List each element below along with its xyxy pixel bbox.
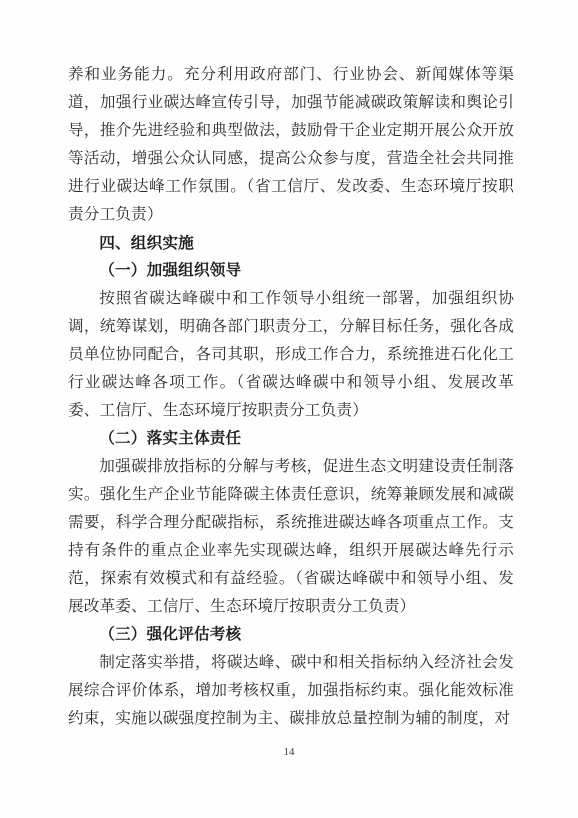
body-paragraph-publicity: 养和业务能力。充分利用政府部门、行业协会、新闻媒体等渠道，加强行业碳达峰宣传引导… bbox=[68, 61, 514, 229]
document-page: 养和业务能力。充分利用政府部门、行业协会、新闻媒体等渠道，加强行业碳达峰宣传引导… bbox=[0, 0, 578, 818]
section-heading-4-organization: 四、组织实施 bbox=[68, 229, 514, 257]
document-content: 养和业务能力。充分利用政府部门、行业协会、新闻媒体等渠道，加强行业碳达峰宣传引导… bbox=[68, 61, 514, 733]
body-paragraph-responsibility: 加强碳排放指标的分解与考核，促进生态文明建设责任制落实。强化生产企业节能降碳主体… bbox=[68, 453, 514, 621]
subsection-heading-2-responsibility: （二）落实主体责任 bbox=[68, 425, 514, 453]
page-number: 14 bbox=[0, 746, 578, 758]
subsection-heading-3-assessment: （三）强化评估考核 bbox=[68, 621, 514, 649]
subsection-heading-1-leadership: （一）加强组织领导 bbox=[68, 257, 514, 285]
body-paragraph-leadership: 按照省碳达峰碳中和工作领导小组统一部署，加强组织协调，统筹谋划，明确各部门职责分… bbox=[68, 285, 514, 425]
body-paragraph-assessment: 制定落实举措，将碳达峰、碳中和相关指标纳入经济社会发展综合评价体系，增加考核权重… bbox=[68, 649, 514, 733]
